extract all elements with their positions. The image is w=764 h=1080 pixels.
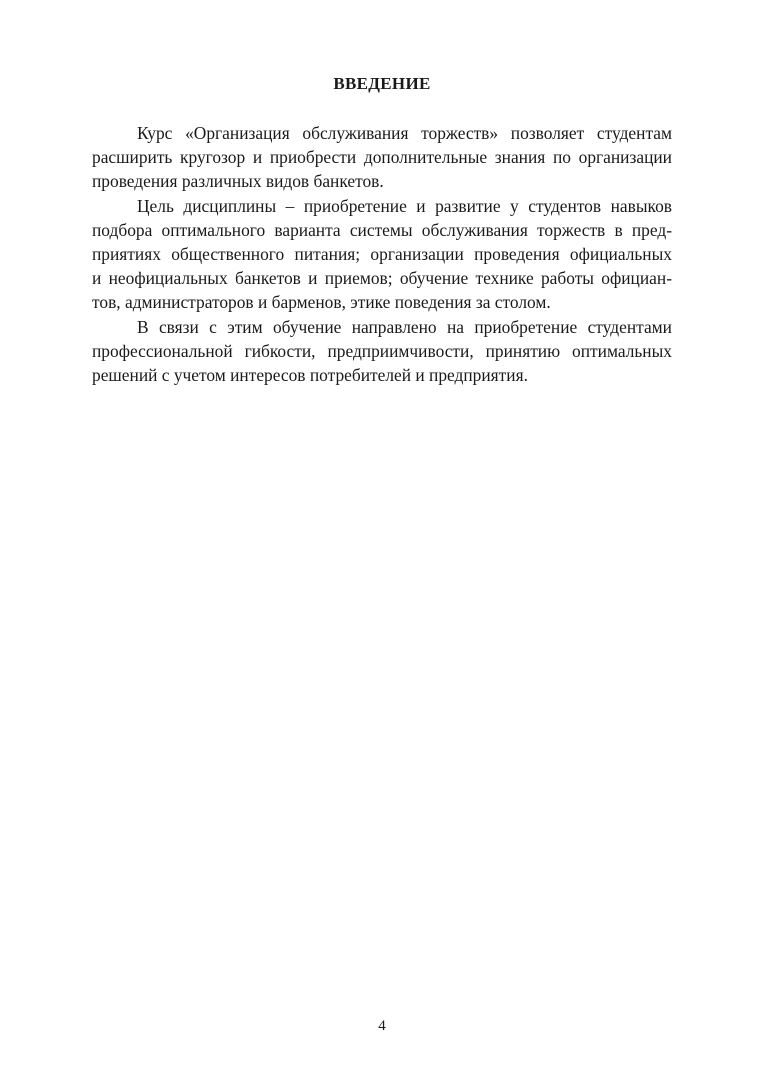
page-number: 4 xyxy=(0,1017,764,1035)
text-line: тов, администраторов и барменов, этике п… xyxy=(92,290,672,314)
text-line: приятиях общественного питания; организа… xyxy=(92,242,672,266)
text-line: решений с учетом интересов потребителей … xyxy=(92,363,672,387)
text-line: Курс «Организация обслуживания торжеств»… xyxy=(92,121,672,145)
paragraph-learning-focus: В связи с этим обучение направлено на пр… xyxy=(92,315,672,388)
page-title: ВВЕДЕНИЕ xyxy=(0,73,764,95)
document-page: ВВЕДЕНИЕ Курс «Организация обслуживания … xyxy=(0,0,764,1080)
text-line: и неофициальных банкетов и приемов; обуч… xyxy=(92,266,672,290)
paragraph-course-intro: Курс «Организация обслуживания торжеств»… xyxy=(92,121,672,194)
text-line: В связи с этим обучение направлено на пр… xyxy=(92,315,672,339)
text-line: профессиональной гибкости, предприимчиво… xyxy=(92,339,672,363)
text-line: Цель дисциплины – приобретение и развити… xyxy=(92,194,672,218)
text-line: подбора оптимального варианта системы об… xyxy=(92,218,672,242)
body-text: Курс «Организация обслуживания торжеств»… xyxy=(92,121,672,387)
paragraph-discipline-goal: Цель дисциплины – приобретение и развити… xyxy=(92,194,672,315)
text-line: проведения различных видов банкетов. xyxy=(92,169,672,193)
text-line: расширить кругозор и приобрести дополнит… xyxy=(92,145,672,169)
